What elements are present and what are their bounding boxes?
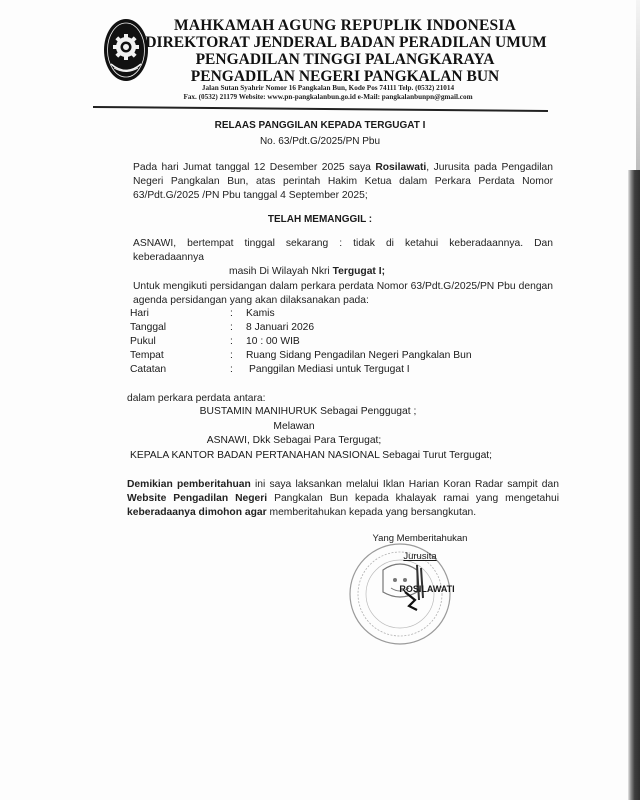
schedule-row: Pukul:10 : 00 WIB <box>130 335 472 349</box>
purpose-paragraph: Untuk mengikuti persidangan dalam perkar… <box>133 280 553 308</box>
defendants: ASNAWI, Dkk Sebagai Para Tergugat; <box>0 434 614 449</box>
signature-caption: Yang Memberitahukan <box>360 532 480 545</box>
document-page: MAHKAMAH AGUNG REPUPLIK INDONESIA DIREKT… <box>0 0 640 800</box>
address-line-1: Jalan Sutan Syahrir Nomor 16 Pangkalan B… <box>118 84 538 93</box>
summoned-line-2: masih Di Wilayah Nkri Tergugat I; <box>133 265 553 279</box>
letterhead-address: Jalan Sutan Syahrir Nomor 16 Pangkalan B… <box>118 84 538 102</box>
page-edge-shadow <box>628 170 640 800</box>
closing-bold: Pengadilan Negeri <box>173 493 267 504</box>
schedule-value: 10 : 00 WIB <box>246 335 300 349</box>
schedule-label: Hari <box>130 307 230 321</box>
schedule-label: Pukul <box>130 335 230 349</box>
summoned-heading: TELAH MEMANGGIL : <box>0 214 640 225</box>
schedule-row: Tanggal:8 Januari 2026 <box>130 321 472 335</box>
opening-paragraph: Pada hari Jumat tanggal 12 Desember 2025… <box>133 161 553 203</box>
closing-bold: Website <box>127 493 166 504</box>
document-title: RELAAS PANGGILAN KEPADA TERGUGAT I <box>0 120 640 131</box>
schedule-row: Catatan:Panggilan Mediasi untuk Tergugat… <box>130 363 472 377</box>
schedule-value: Ruang Sidang Pengadilan Negeri Pangkalan… <box>246 349 472 363</box>
closing-text: memberitahukan kepada yang bersangkutan. <box>267 507 477 518</box>
summoned-line-2-text: masih Di Wilayah Nkri <box>229 266 333 277</box>
letterhead: MAHKAMAH AGUNG REPUPLIK INDONESIA DIREKT… <box>150 17 540 85</box>
closing-text: ini saya laksankan melalui Iklan Harian … <box>251 479 559 490</box>
versus-label: Melawan <box>0 420 614 435</box>
signature-name: ROSILAWATI <box>374 583 480 596</box>
address-line-2: Fax. (0532) 21179 Website: www.pn-pangka… <box>118 93 538 102</box>
schedule-label: Catatan <box>130 363 230 377</box>
co-defendant: KEPALA KANTOR BADAN PERTANAHAN NASIONAL … <box>0 449 631 464</box>
schedule-label: Tempat <box>130 349 230 363</box>
summoned-line-1: ASNAWI, bertempat tinggal sekarang : tid… <box>133 238 553 263</box>
plaintiff: BUSTAMIN MANIHURUK Sebagai Penggugat ; <box>0 405 628 420</box>
schedule-row: Tempat:Ruang Sidang Pengadilan Negeri Pa… <box>130 349 472 363</box>
signature-role: Jurusita <box>360 550 480 563</box>
letterhead-line-3: PENGADILAN TINGGI PALANGKARAYA <box>150 51 540 68</box>
closing-paragraph: Demikian pemberitahuan ini saya laksanka… <box>127 478 559 520</box>
closing-bold: keberadaanya dimohon agar <box>127 507 267 518</box>
document-number: No. 63/Pdt.G/2025/PN Pbu <box>0 136 640 147</box>
schedule-value: Kamis <box>246 307 275 321</box>
summoned-paragraph: ASNAWI, bertempat tinggal sekarang : tid… <box>133 237 553 279</box>
closing-bold: pemberitahuan <box>177 479 251 490</box>
letterhead-divider <box>93 106 548 112</box>
schedule-value: 8 Januari 2026 <box>246 321 314 335</box>
schedule-label: Tanggal <box>130 321 230 335</box>
parties-list: BUSTAMIN MANIHURUK Sebagai Penggugat ; M… <box>0 405 640 463</box>
letterhead-line-1: MAHKAMAH AGUNG REPUPLIK INDONESIA <box>150 17 540 34</box>
schedule-row: Hari:Kamis <box>130 307 472 321</box>
closing-bold: Demikian <box>127 479 173 490</box>
summoned-role: Tergugat I; <box>333 266 385 277</box>
schedule-table: Hari:Kamis Tanggal:8 Januari 2026 Pukul:… <box>130 307 472 377</box>
officer-name: Rosilawati <box>375 162 426 173</box>
letterhead-line-2: DIREKTORAT JENDERAL BADAN PERADILAN UMUM <box>136 34 556 51</box>
opening-text-1: Pada hari Jumat tanggal 12 Desember 2025… <box>133 162 375 173</box>
signature-block: Yang Memberitahukan Jurusita ROSILAWATI <box>360 532 480 596</box>
letterhead-line-4: PENGADILAN NEGERI PANGKALAN BUN <box>150 68 540 85</box>
parties-intro: dalam perkara perdata antara: <box>127 392 547 406</box>
closing-text: Pangkalan Bun kepada khalayak ramai yang… <box>267 493 559 504</box>
schedule-value: Panggilan Mediasi untuk Tergugat I <box>246 363 410 377</box>
